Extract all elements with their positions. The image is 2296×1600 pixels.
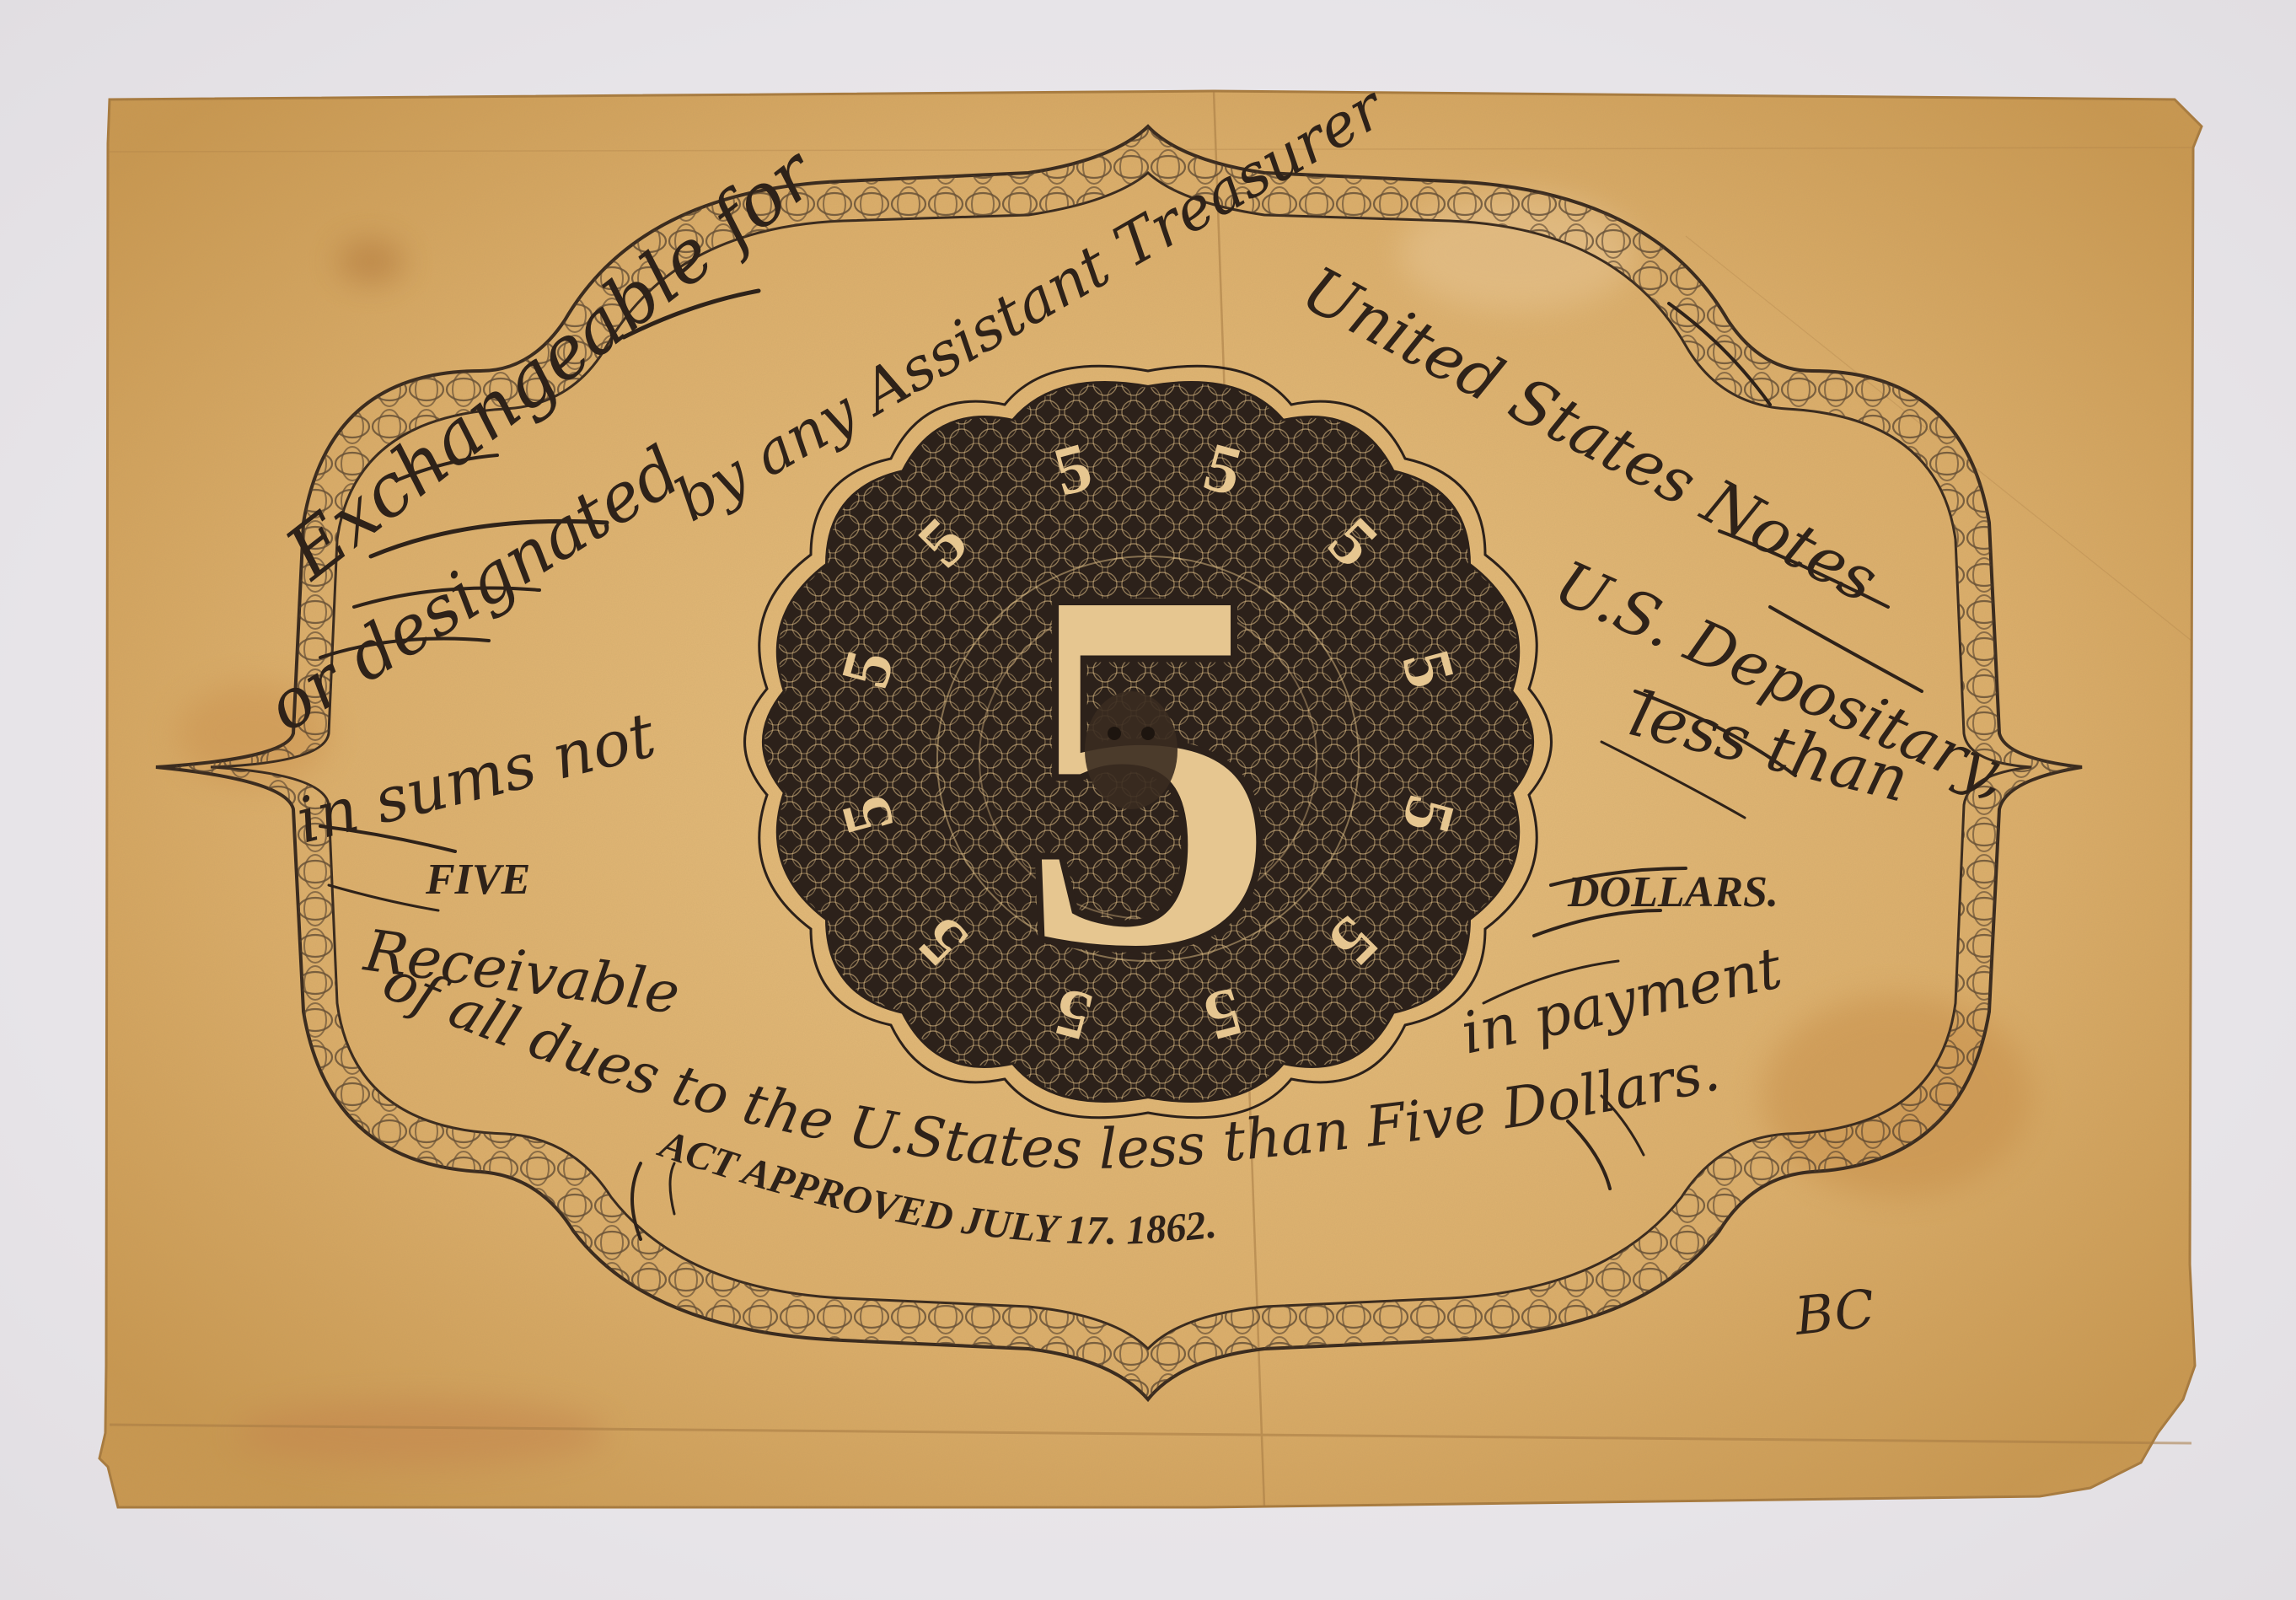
photo-scene: 555555555555 5 Exchangeable for by any A… [0, 0, 2296, 1600]
plate-mark: BC [1791, 1278, 1877, 1348]
text-dollars: DOLLARS. [1567, 868, 1778, 916]
currency-note: 555555555555 5 Exchangeable for by any A… [0, 0, 2296, 1600]
text-five: FIVE [425, 856, 530, 904]
